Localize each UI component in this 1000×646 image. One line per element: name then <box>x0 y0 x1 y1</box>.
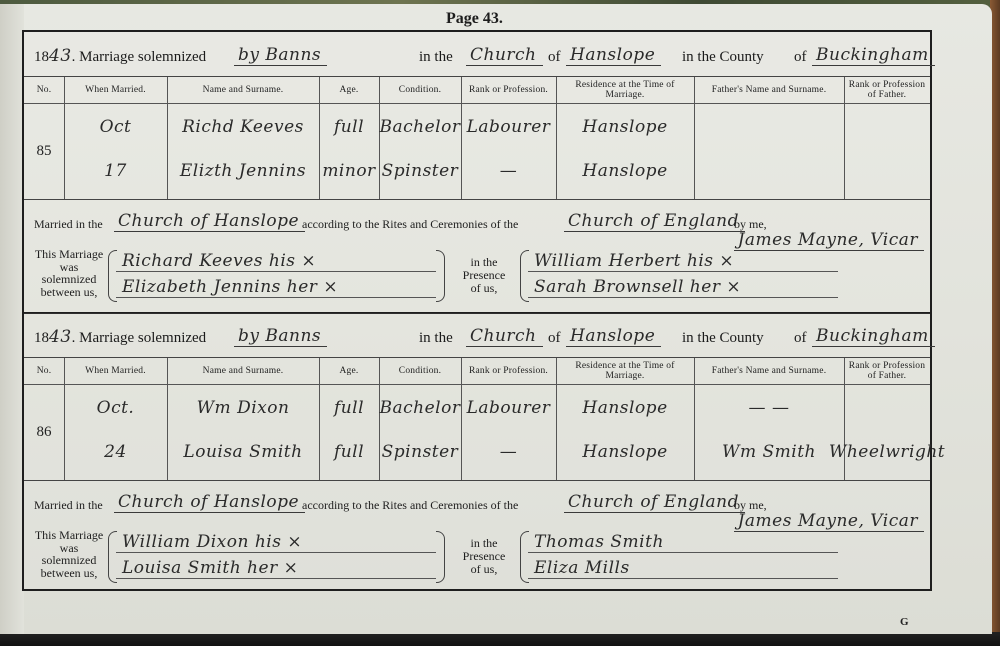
col-name: Name and Surname. Richd Keeves Elizth Je… <box>167 77 320 199</box>
col-profession: Rank or Profession. Labourer — <box>461 358 557 480</box>
col-residence: Residence at the Time of Marriage. Hansl… <box>556 358 695 480</box>
presence-label: in the Presence of us, <box>454 537 514 576</box>
witness-signature-2: Eliza Mills <box>528 555 838 579</box>
col-residence: Residence at the Time of Marriage. Hansl… <box>556 77 695 199</box>
parish-name: Hanslope <box>566 326 661 347</box>
church-word: Church <box>466 326 543 347</box>
party-signature-bride: Elizabeth Jennins her × <box>116 274 436 298</box>
col-age: Age. full full <box>319 358 380 480</box>
this-marriage-label: This Marriage was solemnized between us, <box>34 529 104 579</box>
groom-profession: Labourer <box>467 398 551 418</box>
entry-number: 86 <box>37 424 52 441</box>
marriage-day: 24 <box>104 442 127 462</box>
bride-name: Elizth Jennins <box>180 161 306 181</box>
groom-condition: Bachelor <box>380 117 461 137</box>
county-of-label: of <box>794 330 807 347</box>
marriage-month: Oct. <box>97 398 135 418</box>
bride-father-name: Wm Smith <box>722 442 816 462</box>
groom-age: full <box>334 398 364 418</box>
bride-residence: Hanslope <box>582 161 667 181</box>
bride-father-profession: Wheelwright <box>829 442 945 462</box>
according-to-label: according to the Rites and Ceremonies of… <box>302 217 518 232</box>
col-profession: Rank or Profession. Labourer — <box>461 77 557 199</box>
presence-label: in the Presence of us, <box>454 256 514 295</box>
register-page: Page 43. 1843. Marriage solemnized by Ba… <box>0 4 992 634</box>
bride-residence: Hanslope <box>582 442 667 462</box>
col-father-profession: Rank or Profession of Father. Wheelwrigh… <box>844 358 930 480</box>
groom-residence: Hanslope <box>582 117 667 137</box>
county-of-label: of <box>794 49 807 66</box>
col-when-married: When Married. Oct 17 <box>64 77 168 199</box>
year-label: 1843. Marriage solemnized <box>34 46 206 66</box>
col-when-married: When Married. Oct. 24 <box>64 358 168 480</box>
bride-age: full <box>334 442 364 462</box>
right-brace <box>436 531 445 583</box>
rites-denomination: Church of England <box>564 211 745 232</box>
county-name: Buckingham <box>812 45 935 66</box>
bride-name: Louisa Smith <box>183 442 302 462</box>
groom-age: full <box>334 117 364 137</box>
signature-block: This Marriage was solemnized between us,… <box>34 527 930 589</box>
county-label: in the County <box>682 330 764 347</box>
married-in-label: Married in the <box>34 217 103 232</box>
year-label: 1843. Marriage solemnized <box>34 327 206 347</box>
col-condition: Condition. Bachelor Spinster <box>379 358 462 480</box>
col-name: Name and Surname. Wm Dixon Louisa Smith <box>167 358 320 480</box>
witness-signature-1: William Herbert his × <box>528 248 838 272</box>
solemnized-by: by Banns <box>234 45 327 66</box>
according-to-label: according to the Rites and Ceremonies of… <box>302 498 518 513</box>
county-name: Buckingham <box>812 326 935 347</box>
page-number: Page 43. <box>446 10 503 28</box>
col-age: Age. full minor <box>319 77 380 199</box>
bride-profession: — <box>500 161 518 181</box>
groom-condition: Bachelor <box>380 398 461 418</box>
col-father-profession: Rank or Profession of Father. <box>844 77 930 199</box>
bride-profession: — <box>500 442 518 462</box>
entry-table: No. 86 When Married. Oct. 24 Name and Su… <box>24 357 930 481</box>
book-cover-bottom <box>0 632 1000 646</box>
entry-number: 85 <box>37 143 52 160</box>
bride-condition: Spinster <box>382 442 459 462</box>
church-word: Church <box>466 45 543 66</box>
groom-residence: Hanslope <box>582 398 667 418</box>
married-in-label: Married in the <box>34 498 103 513</box>
col-number: No. 86 <box>24 358 65 480</box>
col-condition: Condition. Bachelor Spinster <box>379 77 462 199</box>
groom-father-name: — — <box>749 398 790 418</box>
groom-name: Wm Dixon <box>197 398 290 418</box>
marriage-entry: 1843. Marriage solemnized by Banns in th… <box>22 312 932 591</box>
in-the-label: in the <box>419 330 453 347</box>
rites-denomination: Church of England <box>564 492 745 513</box>
married-in-place: Church of Hanslope <box>114 211 305 232</box>
bride-condition: Spinster <box>382 161 459 181</box>
col-number: No. 85 <box>24 77 65 199</box>
col-father-name: Father's Name and Surname. — — Wm Smith <box>694 358 845 480</box>
marriage-month: Oct <box>100 117 132 137</box>
party-signature-groom: Richard Keeves his × <box>116 248 436 272</box>
in-the-label: in the <box>419 49 453 66</box>
right-brace <box>436 250 445 302</box>
groom-name: Richd Keeves <box>182 117 304 137</box>
marriage-day: 17 <box>104 161 127 181</box>
party-signature-bride: Louisa Smith her × <box>116 555 436 579</box>
county-label: in the County <box>682 49 764 66</box>
bride-age: minor <box>322 161 375 181</box>
groom-profession: Labourer <box>467 117 551 137</box>
entry-title-line: 1843. Marriage solemnized by Banns in th… <box>34 317 930 355</box>
binding-shadow <box>0 4 24 634</box>
sheet-signature-letter: G <box>900 616 909 628</box>
col-father-name: Father's Name and Surname. <box>694 77 845 199</box>
signature-block: This Marriage was solemnized between us,… <box>34 246 930 308</box>
witness-signature-1: Thomas Smith <box>528 529 838 553</box>
party-signature-groom: William Dixon his × <box>116 529 436 553</box>
marriage-entry: 1843. Marriage solemnized by Banns in th… <box>22 30 932 314</box>
married-in-place: Church of Hanslope <box>114 492 305 513</box>
parish-name: Hanslope <box>566 45 661 66</box>
of-label: of <box>548 330 561 347</box>
entry-title-line: 1843. Marriage solemnized by Banns in th… <box>34 36 930 74</box>
witness-signature-2: Sarah Brownsell her × <box>528 274 838 298</box>
entry-table: No. 85 When Married. Oct 17 Name and Sur… <box>24 76 930 200</box>
solemnized-by: by Banns <box>234 326 327 347</box>
of-label: of <box>548 49 561 66</box>
this-marriage-label: This Marriage was solemnized between us, <box>34 248 104 298</box>
